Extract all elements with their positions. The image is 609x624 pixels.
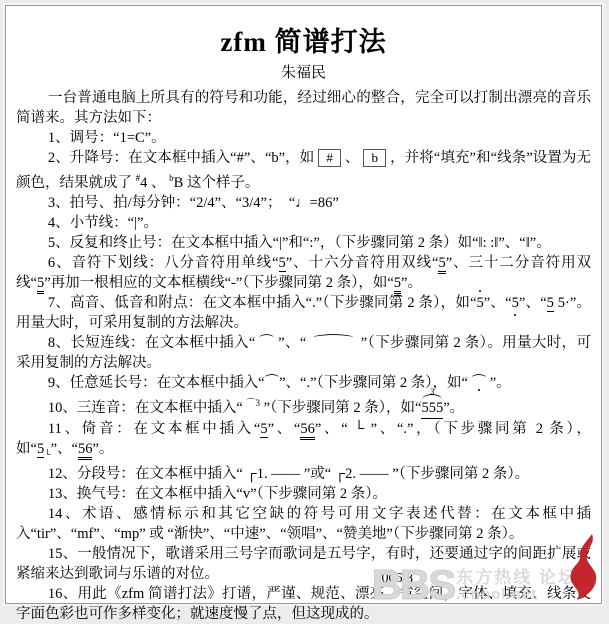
text-segment: ”（下步骤同第 2 条），如“ <box>260 400 422 416</box>
text-segment: 、 <box>345 150 360 166</box>
document-content: zfm 简谱打法 朱福民 一台普通电脑上所具有的符号和功能，经过细心的整合，完全… <box>16 14 591 599</box>
flame-icon <box>567 534 605 609</box>
notation-small: ⌒3 <box>246 398 260 408</box>
paragraph: 6、音符下划线：八分音符用单线“5”、十六分音符用双线“5”、三十二分音符用双线… <box>16 253 591 293</box>
paragraph: 一台普通电脑上所具有的符号和功能，经过细心的整合，完全可以打制出漂亮的音乐简谱来… <box>16 88 591 128</box>
text-segment: 7、高音、低音和附点：在文本框中插入“.”（下步骤同第 2 条），如“ <box>48 295 477 311</box>
notation-triplet: 555 <box>421 398 443 419</box>
paragraph: 7、高音、低音和附点：在文本框中插入“.”（下步骤同第 2 条），如“5”、“5… <box>16 293 591 333</box>
flame-path <box>570 534 596 600</box>
page-title: zfm 简谱打法 <box>16 20 591 59</box>
text-segment: ”、十六分音符用双线“ <box>286 255 439 271</box>
text-segment: 6、音符下划线：八分音符用单线“ <box>48 255 279 271</box>
text-segment: ”、“ <box>51 441 78 457</box>
text-segment: 3、拍号、拍/每分钟：“2/4”、“3/4”； “♩=86” <box>48 195 339 211</box>
text-segment: 9、任意延长号：在文本框中插入“⌒”、“.”（下步骤同第 2 条），如“ <box>48 375 472 391</box>
text-segment: ”。 <box>486 375 511 391</box>
author-name: 朱福民 <box>16 61 591 82</box>
date-text: 2006.8 <box>375 571 414 587</box>
paragraph: 4、小节线：“|”。 <box>16 213 591 233</box>
paragraph: 13、换气号：在文本框中插入“v”（下步骤同第 2 条）。 <box>16 484 591 504</box>
text-segment: ”、“ <box>519 295 547 311</box>
paragraph: 16、用此《zfm 简谱打法》打谱，严谨、规范、漂亮、省空间，字体、填充、线条及… <box>16 584 591 611</box>
paragraph: 11、倚音：在文本框中插入“5”、“56”、“ └ ”、“.”，（下步骤同第 2… <box>16 419 591 464</box>
notation-u1: 5 <box>260 421 267 438</box>
text-segment: 11、倚音：在文本框中插入“ <box>48 421 260 437</box>
notation-u1: 5 <box>547 295 554 312</box>
text-segment: 2、升降号：在文本框中插入“#”、“b”，如 <box>48 150 314 166</box>
text-segment: 8、长短连线：在文本框中插入“ ⌒ ”、“ <box>48 335 310 351</box>
text-segment: 16、用此《zfm 简谱打法》打谱，严谨、规范、漂亮、省空间，字体、填充、线条及… <box>16 586 591 611</box>
body-paragraphs: 一台普通电脑上所具有的符号和功能，经过细心的整合，完全可以打制出漂亮的音乐简谱来… <box>16 88 591 611</box>
paragraph: 10、三连音：在文本框中插入“ ⌒3 ”（下步骤同第 2 条），如“555”。 <box>16 393 591 419</box>
text-segment: 10、三连音：在文本框中插入“ <box>48 400 247 416</box>
text-segment: ”、“ <box>484 295 512 311</box>
paragraph: 5、反复和终止号：在文本框中插入“|”和“:”，（下步骤同第 2 条）如“‖: … <box>16 233 591 253</box>
text-segment: ”。 <box>92 441 113 457</box>
paragraph: 14、术语、感情标示和其它空缺的符号可用文字表述代替：在文本框中插入“tir”、… <box>16 504 591 544</box>
text-segment: 12、分段号：在文本框中插入“ ┌1. —— ”或“ ┌2. —— ”（下步骤同… <box>48 466 529 482</box>
notation-dotdown: 5 <box>512 293 519 313</box>
text-segment: ”再加一根相应的文本框横线“-”（下步骤同第 2 条），如“ <box>44 275 394 291</box>
notation-u1: 5 <box>279 255 286 272</box>
paragraph: 1、调号：“1=C”。 <box>16 128 591 148</box>
notation-u2: 5 <box>438 255 445 274</box>
paragraph: 2、升降号：在文本框中插入“#”、“b”，如#、b，并将“填充”和“线条”设置为… <box>16 148 591 193</box>
paragraph: 8、长短连线：在文本框中插入“ ⌒ ”、“ ⌒ ”（下步骤同第 2 条）。用量大… <box>16 333 591 373</box>
notation-u2: 56 <box>300 421 315 440</box>
paragraph: 12、分段号：在文本框中插入“ ┌1. —— ”或“ ┌2. —— ”（下步骤同… <box>16 464 591 484</box>
text-segment: 1、调号：“1=C”。 <box>48 130 166 146</box>
notation-u2: 56 <box>78 441 93 460</box>
text-segment: 13、换气号：在文本框中插入“v”（下步骤同第 2 条）。 <box>48 486 387 502</box>
text-segment: 15、一般情况下，歌谱采用三号字而歌词是五号字，有时，还要通过字的间距扩展或紧缩… <box>16 546 591 582</box>
notation-box: # <box>318 149 341 167</box>
text-segment: ”。 <box>443 400 464 416</box>
text-segment: ”。 <box>401 275 422 291</box>
text-segment: 14、术语、感情标示和其它空缺的符号可用文字表述代替：在文本框中插入“tir”、… <box>16 506 591 542</box>
notation-box: b <box>363 149 386 167</box>
notation-fermata: ⌒ <box>472 373 487 393</box>
text-segment: B 这个样子。 <box>174 175 260 191</box>
paragraph: 3、拍号、拍/每分钟：“2/4”、“3/4”； “♩=86” <box>16 193 591 213</box>
text-segment: 4、小节线：“|”。 <box>48 215 158 231</box>
notation-dotup: 5 <box>477 293 484 313</box>
notation-u3: 5 <box>394 275 401 291</box>
text-segment: 4 、 <box>140 175 169 191</box>
page-frame: zfm 简谱打法 朱福民 一台普通电脑上所具有的符号和功能，经过细心的整合，完全… <box>5 5 602 604</box>
text-segment: 一台普通电脑上所具有的符号和功能，经过细心的整合，完全可以打制出漂亮的音乐简谱来… <box>16 90 591 126</box>
paragraph: 15、一般情况下，歌谱采用三号字而歌词是五号字，有时，还要通过字的间距扩展或紧缩… <box>16 544 591 584</box>
paragraph: 9、任意延长号：在文本框中插入“⌒”、“.”（下步骤同第 2 条），如“ ⌒ ”… <box>16 373 591 393</box>
text-segment: 5、反复和终止号：在文本框中插入“|”和“:”，（下步骤同第 2 条）如“‖: … <box>48 235 551 251</box>
text-segment: ”、“ <box>268 421 301 437</box>
notation-arcwide: ⌒ <box>313 333 354 353</box>
